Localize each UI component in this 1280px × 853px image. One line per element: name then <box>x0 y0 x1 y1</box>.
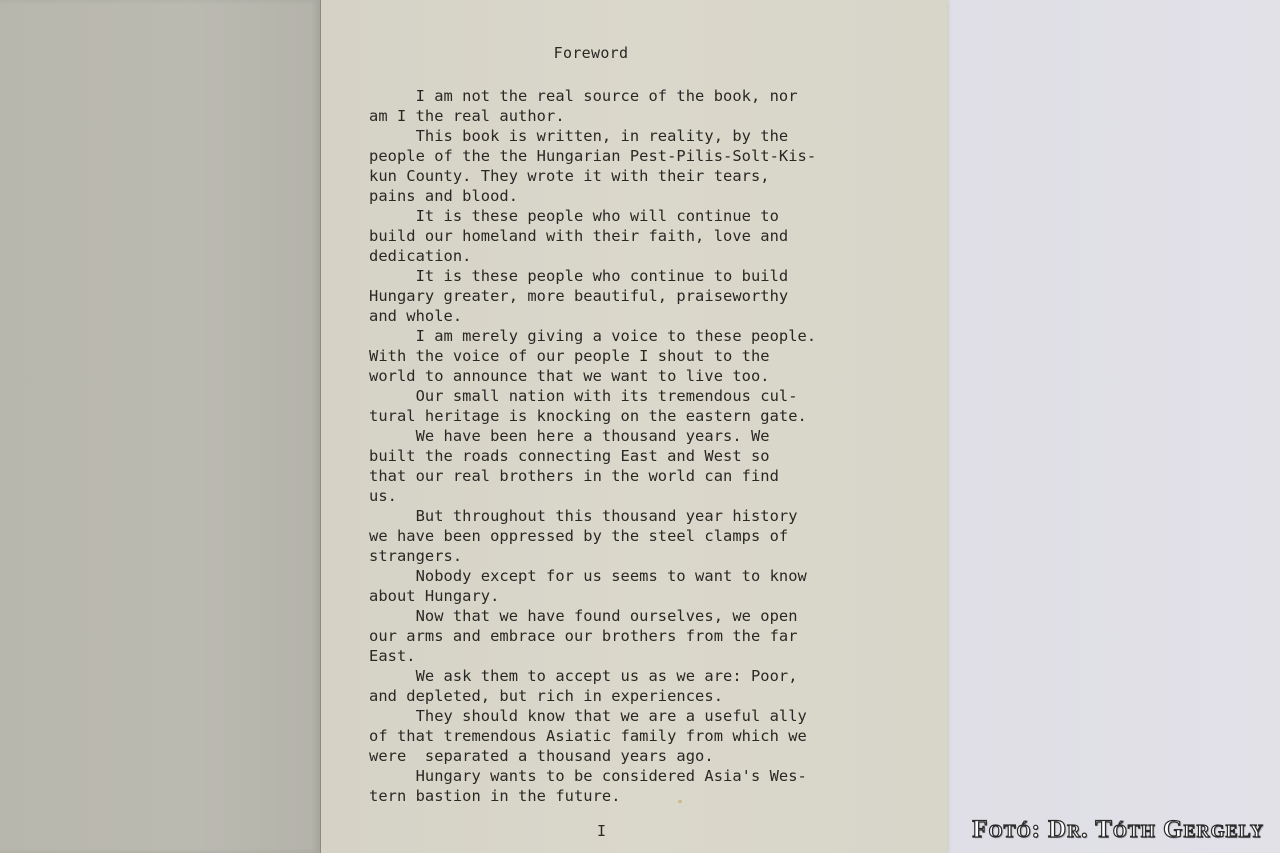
text-line: Hungary greater, more beautiful, praisew… <box>369 286 841 306</box>
text-line: tern bastion in the future. <box>369 786 841 806</box>
text-line: built the roads connecting East and West… <box>369 446 841 466</box>
text-line: tural heritage is knocking on the easter… <box>369 406 841 426</box>
left-page <box>0 0 320 853</box>
text-line: dedication. <box>369 246 841 266</box>
right-page: Foreword I am not the real source of the… <box>320 0 947 853</box>
text-line: We ask them to accept us as we are: Poor… <box>369 666 841 686</box>
page-number: I <box>597 822 606 840</box>
text-line: East. <box>369 646 841 666</box>
text-line: were separated a thousand years ago. <box>369 746 841 766</box>
text-line: and whole. <box>369 306 841 326</box>
text-line: pains and blood. <box>369 186 841 206</box>
text-line: Nobody except for us seems to want to kn… <box>369 566 841 586</box>
text-line: But throughout this thousand year histor… <box>369 506 841 526</box>
text-line: Our small nation with its tremendous cul… <box>369 386 841 406</box>
text-line: We have been here a thousand years. We <box>369 426 841 446</box>
text-line: about Hungary. <box>369 586 841 606</box>
paper-speck <box>678 800 682 803</box>
text-line: people of the the Hungarian Pest-Pilis-S… <box>369 146 841 166</box>
text-line: Hungary wants to be considered Asia's We… <box>369 766 841 786</box>
text-line: build our homeland with their faith, lov… <box>369 226 841 246</box>
text-line: They should know that we are a useful al… <box>369 706 841 726</box>
text-line: we have been oppressed by the steel clam… <box>369 526 841 546</box>
text-line: our arms and embrace our brothers from t… <box>369 626 841 646</box>
page-title: Foreword <box>321 44 861 62</box>
text-line: and depleted, but rich in experiences. <box>369 686 841 706</box>
text-line: am I the real author. <box>369 106 841 126</box>
text-line: Now that we have found ourselves, we ope… <box>369 606 841 626</box>
foreword-body: I am not the real source of the book, no… <box>369 86 841 806</box>
text-line: I am merely giving a voice to these peop… <box>369 326 841 346</box>
text-line: of that tremendous Asiatic family from w… <box>369 726 841 746</box>
text-line: that our real brothers in the world can … <box>369 466 841 486</box>
text-line: It is these people who will continue to <box>369 206 841 226</box>
text-line: It is these people who continue to build <box>369 266 841 286</box>
text-line: strangers. <box>369 546 841 566</box>
text-line: kun County. They wrote it with their tea… <box>369 166 841 186</box>
text-line: us. <box>369 486 841 506</box>
photo-credit-watermark: Fotó: Dr. Tóth Gergely <box>972 816 1264 844</box>
text-line: I am not the real source of the book, no… <box>369 86 841 106</box>
text-line: This book is written, in reality, by the <box>369 126 841 146</box>
text-line: world to announce that we want to live t… <box>369 366 841 386</box>
text-line: With the voice of our people I shout to … <box>369 346 841 366</box>
